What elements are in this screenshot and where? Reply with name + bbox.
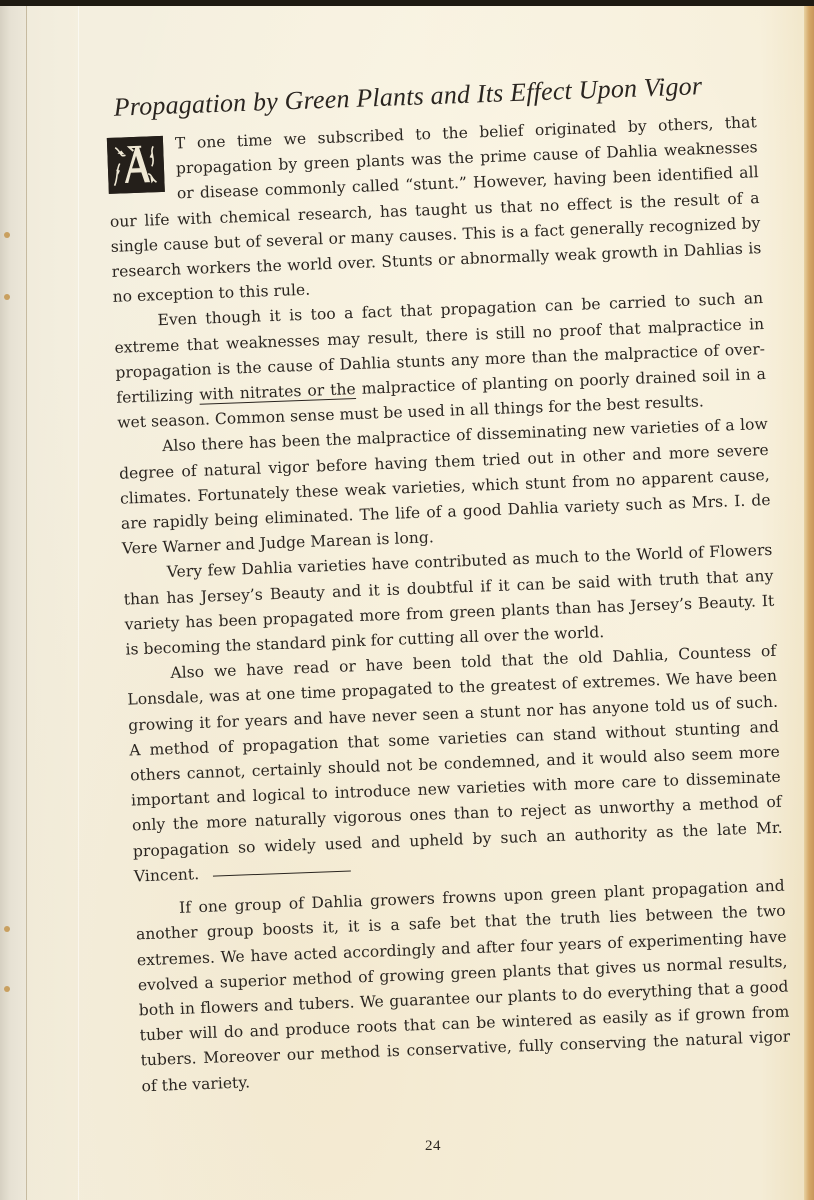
binding-stitch <box>4 294 10 300</box>
binding-stitch <box>4 926 10 932</box>
ornamental-drop-cap <box>107 136 165 194</box>
section-rule <box>213 870 351 876</box>
paragraph-5: Also we have read or have been told that… <box>126 639 784 889</box>
article: Propagation by Green Plants and Its Effe… <box>105 64 792 1099</box>
binding-gutter <box>0 6 27 1200</box>
paragraph-1: T one time we subscribed to the belief o… <box>107 110 763 310</box>
scanned-book-page: Propagation by Green Plants and Its Effe… <box>0 0 814 1200</box>
page-edge-right <box>804 6 814 1200</box>
drop-cap-a-icon <box>109 138 163 192</box>
binding-stitch <box>4 986 10 992</box>
paragraph-2: Even though it is too a fact that propag… <box>113 286 767 436</box>
binding-stitch <box>4 232 10 238</box>
fold-crease <box>78 6 79 1200</box>
page-number: 24 <box>425 1138 441 1155</box>
paragraph-6: If one group of Dahlia growers frowns up… <box>135 874 792 1099</box>
underlined-phrase: with nitrates or the <box>199 380 356 404</box>
paragraph-3: Also there has been the malpractice of d… <box>118 412 772 562</box>
